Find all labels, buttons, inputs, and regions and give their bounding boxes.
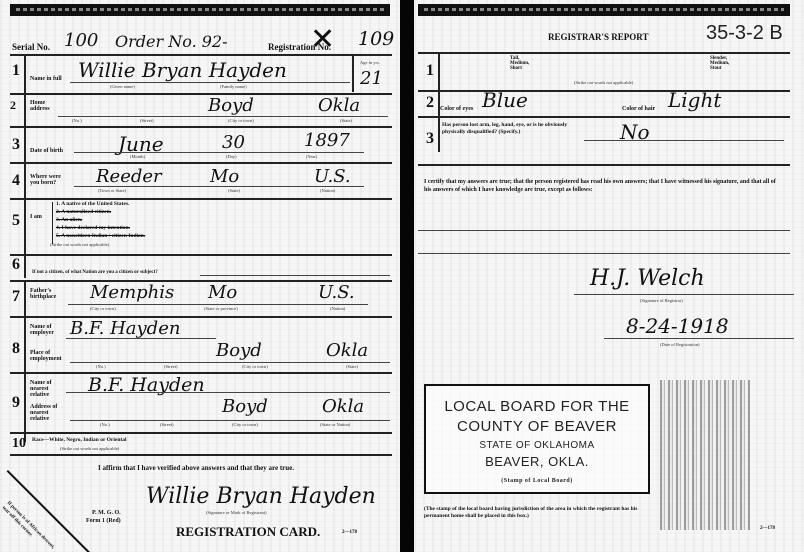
caption: (Year) [306,154,317,159]
father-birthplace-label: Father's birthplace [30,288,64,300]
relative-city: Boyd [222,396,268,417]
disability-label: Has person lost arm, leg, hand, eye, or … [442,122,580,136]
footnote: (Strike out words not applicable) [50,242,109,247]
row-number: 6 [12,256,20,274]
home-city: Boyd [208,95,254,116]
signature-caption: (Signature or Mark of Registrant) [206,510,266,515]
stamp-caption: (Stamp of Local Board) [426,478,648,484]
caption: (Street) [164,364,178,369]
birth-date-label: Date of birth [30,148,63,154]
row-number: 8 [12,340,20,358]
registration-value: 109 [358,28,394,50]
build-options: Slender, Medium, Stout [710,56,734,71]
stamp-line: BEAVER, OKLA. [426,454,648,469]
option: 2. A naturalized citizen. [56,208,145,216]
file-number: 35-3-2 B [706,22,783,45]
father-town: Memphis [90,282,174,303]
caption: (Family name) [220,84,247,89]
relative-address-label: Address of nearest relative [30,404,64,422]
caption: (Strike out words not applicable) [574,80,633,85]
serial-label: Serial No. [12,42,50,52]
option: 5. A noncitizen Indian / citizen Indian. [56,232,145,240]
card-title: REGISTRATION CARD. [176,524,320,540]
row-number: 3 [426,130,434,148]
date-caption: (Date of Registration) [660,342,700,347]
caption: (Street) [160,422,174,427]
father-state: Mo [208,282,237,303]
local-board-stamp: LOCAL BOARD FOR THE COUNTY OF BEAVER STA… [424,384,650,494]
race-label: Race—White, Negro, Indian or Oriental [32,437,127,443]
nation-label: If not a citizen, of what Nation are you… [32,270,158,275]
registrar-caption: (Signature of Registrar) [640,298,683,303]
card-code: 2—178 [760,526,775,531]
age-value: 21 [360,68,383,89]
caption: (No.) [96,364,106,369]
caption: (Day) [226,154,237,159]
age-label: Age in yrs. [360,60,380,65]
row-number: 10 [12,436,26,452]
birth-year: 1897 [304,130,350,151]
row-number: 1 [426,62,434,80]
option: 1. A native of the United States. [56,200,145,208]
caption: (Month) [130,154,145,159]
registration-date: 8-24-1918 [626,314,729,338]
row-number: 2 [10,98,16,113]
affirmation-text: I affirm that I have verified above answ… [98,464,294,472]
stamp-line: LOCAL BOARD FOR THE [426,398,648,415]
header-band [418,4,790,16]
employment-place-label: Place of employment [30,350,64,362]
registrant-signature: Willie Bryan Hayden [146,484,376,509]
birthplace-town: Reeder [96,166,162,187]
home-state: Okla [318,95,360,116]
row-number: 1 [12,62,20,80]
header-band [10,4,390,16]
cross-mark-icon: ✕ [310,22,335,57]
row-number: 5 [12,212,20,230]
caption: (Nation) [320,188,335,193]
option: 4. I have declared my intention. [56,224,145,232]
option: 3. An alien. [56,216,145,224]
row-number: 4 [12,172,20,190]
employer-value: B.F. Hayden [70,318,180,339]
caption: (City or town) [228,118,254,123]
birthplace-state: Mo [210,166,239,187]
caption: (No.) [72,118,82,123]
certification-text: I certify that my answers are true; that… [424,178,784,194]
caption: (City or town) [232,422,258,427]
caption: (State) [346,364,358,369]
employment-state: Okla [326,340,368,361]
birthplace-label: Where were you born? [30,174,70,186]
name-label: Name in full [30,76,62,82]
serial-value: 100 [64,30,98,51]
stamp-line: COUNTY OF BEAVER [426,418,648,435]
hair-color-value: Light [668,88,721,112]
caption: (State or province) [204,306,238,311]
row-number: 9 [12,394,20,412]
caption: (City or town) [242,364,268,369]
father-nation: U.S. [318,282,355,303]
employment-city: Boyd [216,340,262,361]
page-gutter [400,0,414,552]
stamp-note: (The stamp of the local board having jur… [424,506,664,520]
caption: (No.) [100,422,110,427]
registration-card: Serial No. 100 Order No. 92- Registratio… [0,0,401,552]
row-number: 3 [12,136,20,154]
report-title: REGISTRAR'S REPORT [548,32,648,42]
row-number: 7 [12,288,20,306]
relative-state: Okla [322,396,364,417]
stamp-line: STATE OF OKLAHOMA [426,440,648,451]
status-label: I am [30,214,42,220]
caption: (State) [228,188,240,193]
caption: (State or Nation) [320,422,350,427]
form-number: Form 1 (Red) [86,518,121,524]
eye-color-label: Color of eyes [440,106,473,112]
card-code: 2—178 [342,530,357,535]
registrar-signature: H.J. Welch [590,266,705,291]
caption: (Nation) [330,306,345,311]
hair-color-label: Color of hair [622,106,655,112]
height-options: Tall, Medium, Short [510,56,534,71]
name-value: Willie Bryan Hayden [78,58,287,82]
caption: (State) [340,118,352,123]
caption: (City or town) [90,306,116,311]
corner-note: If person is of African descent, tear of… [0,500,59,552]
scan-noise [660,380,750,530]
row-number: 2 [426,94,434,112]
caption: (Town or State) [98,188,126,193]
order-number: Order No. 92- [115,32,228,51]
employer-label: Name of employer [30,324,64,336]
eye-color-value: Blue [482,88,528,112]
form-id: P. M. G. O. [92,510,121,516]
caption: (Street) [140,118,154,123]
relative-label: Name of nearest relative [30,380,64,398]
birthplace-nation: U.S. [314,166,351,187]
birth-day: 30 [222,132,245,153]
home-address-label: Home address [30,100,60,112]
footnote: (Strike out words not applicable) [60,446,119,451]
citizenship-options: 1. A native of the United States. 2. A n… [56,200,145,240]
caption: (Given name) [110,84,135,89]
